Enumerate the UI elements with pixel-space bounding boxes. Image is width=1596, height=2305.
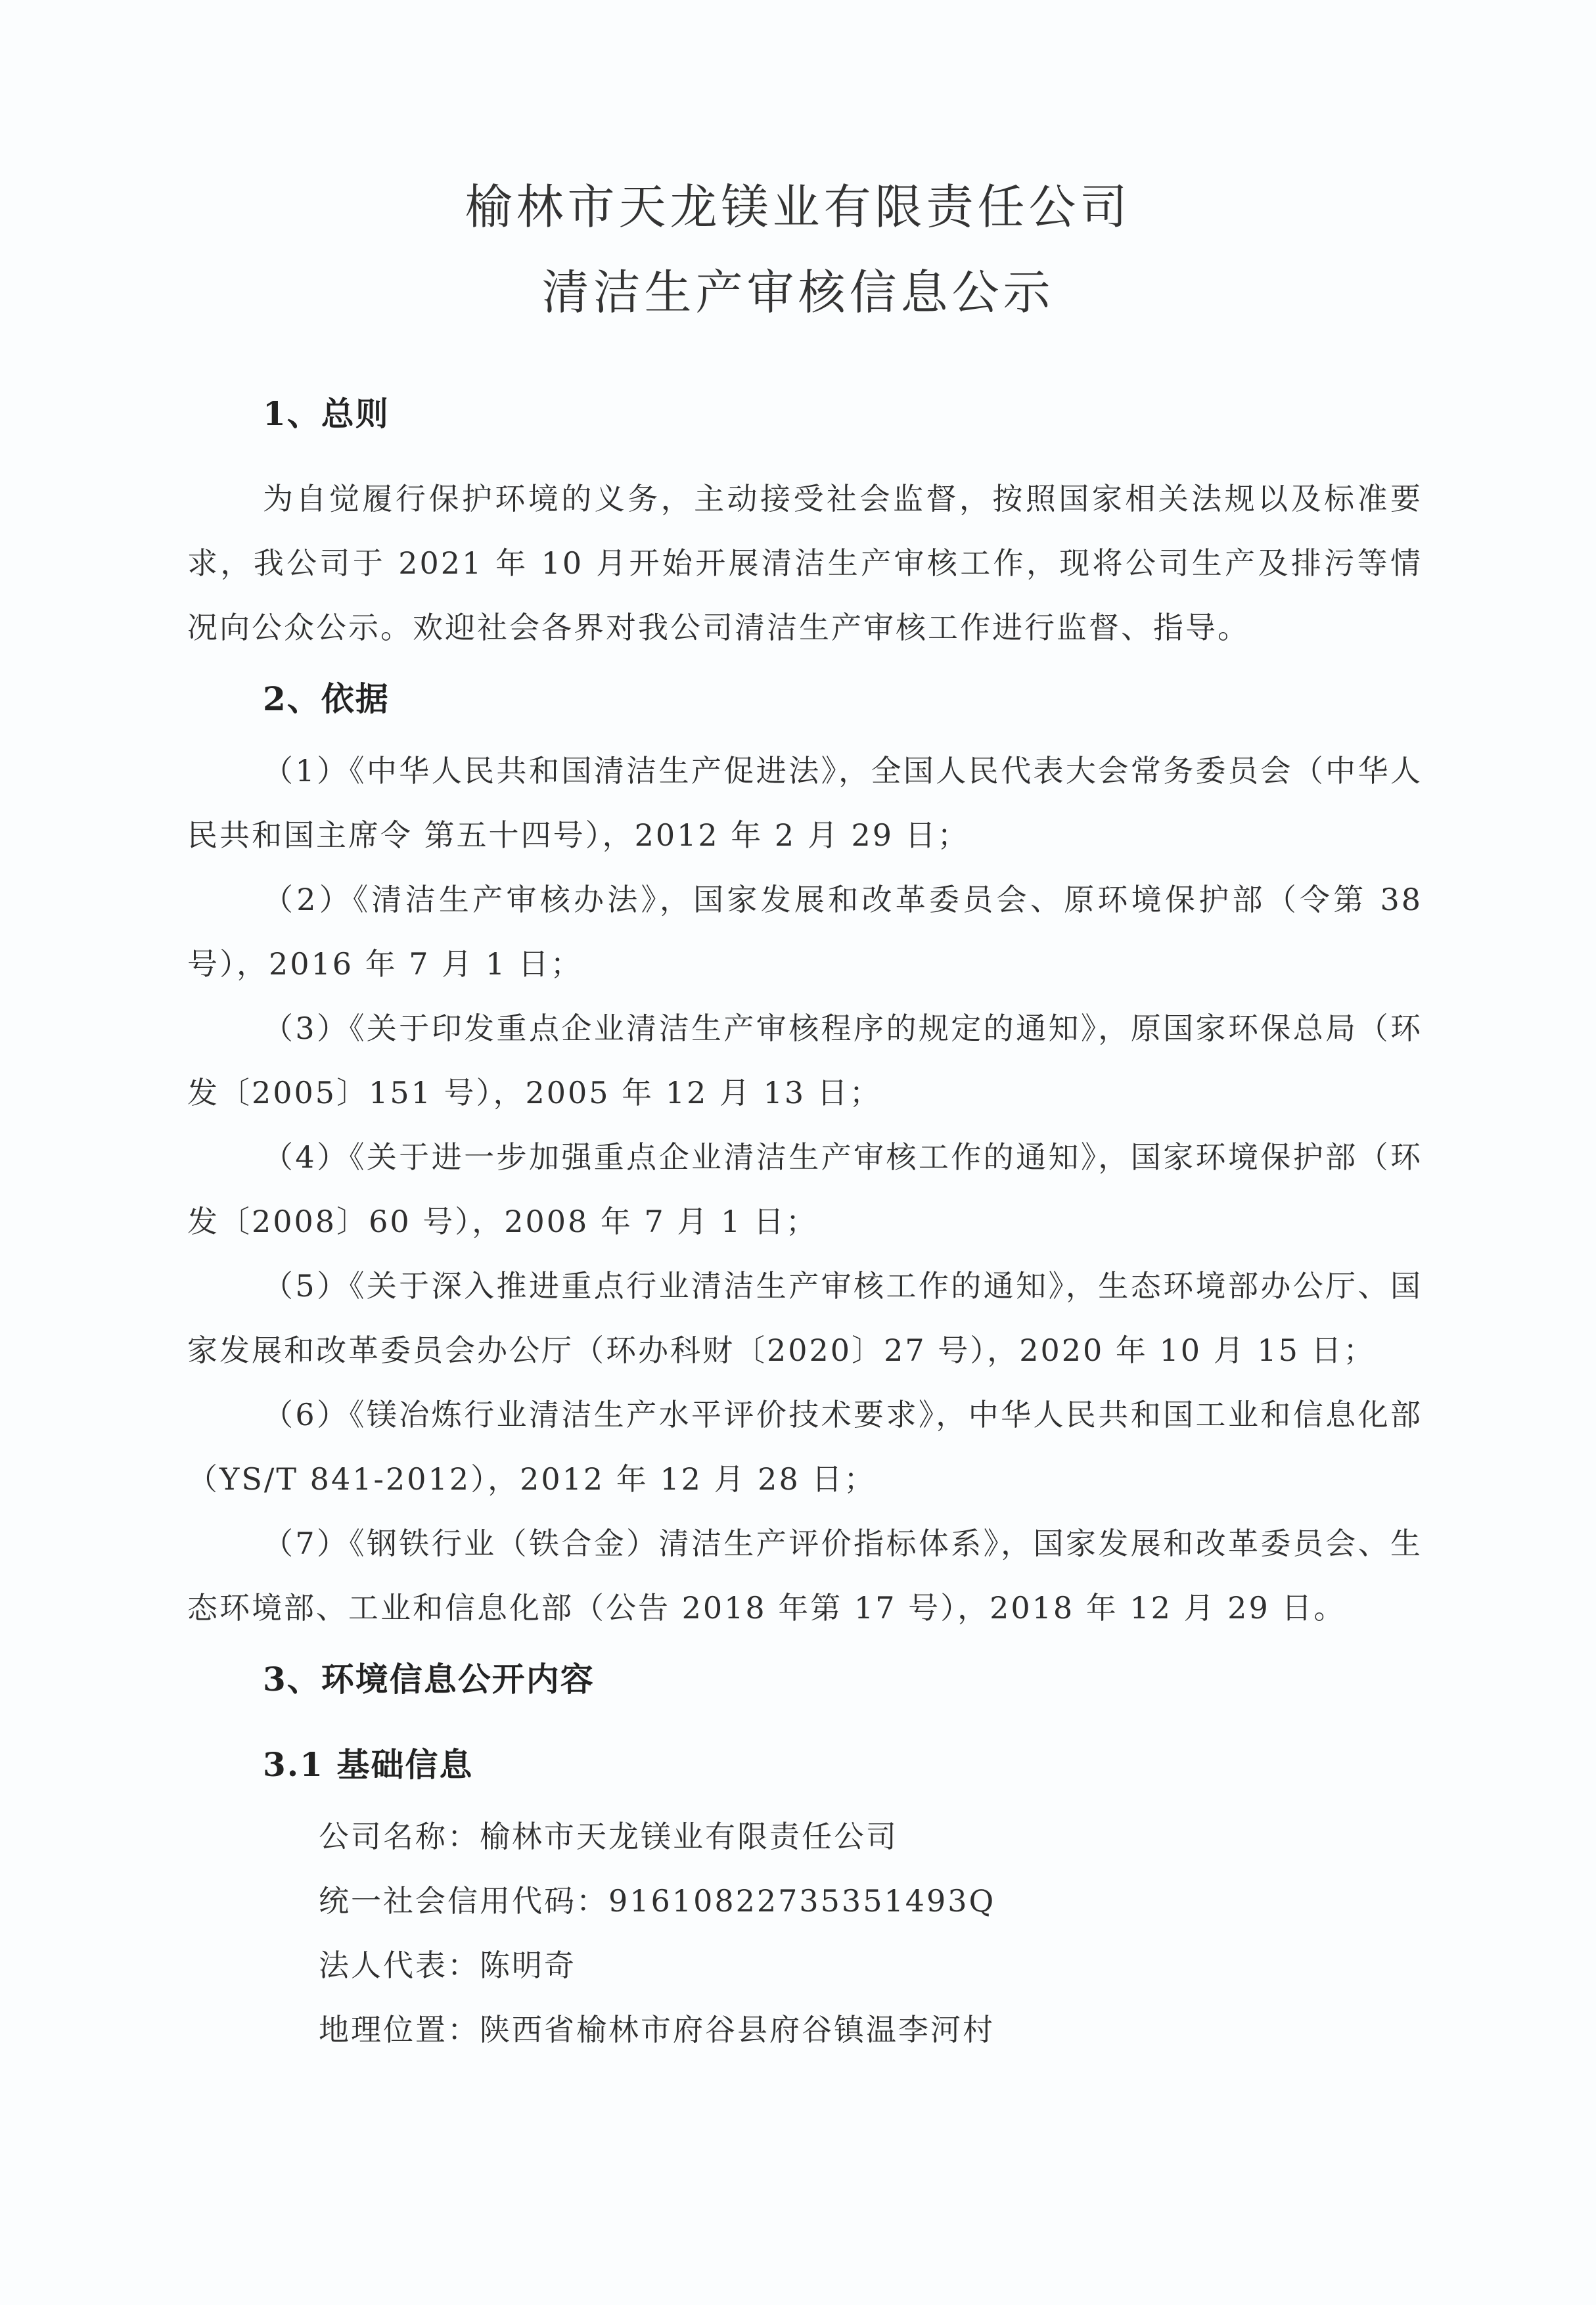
basic-info-list: 公司名称：榆林市天龙镁业有限责任公司 统一社会信用代码：916108227353… bbox=[187, 1804, 1423, 2062]
info-label: 公司名称： bbox=[319, 1819, 480, 1854]
basis-list: （1）《中华人民共和国清洁生产促进法》，全国人民代表大会常务委员会（中华人民共和… bbox=[187, 739, 1423, 1640]
info-legal-representative: 法人代表：陈明奇 bbox=[187, 1933, 1423, 1997]
info-label: 法人代表： bbox=[319, 1948, 480, 1983]
section-heading-disclosure: 3、环境信息公开内容 bbox=[187, 1660, 1423, 1699]
basis-item-1: （1）《中华人民共和国清洁生产促进法》，全国人民代表大会常务委员会（中华人民共和… bbox=[187, 739, 1423, 867]
subsection-heading-basic-info: 3.1 基础信息 bbox=[187, 1745, 1423, 1785]
general-paragraph: 为自觉履行保护环境的义务，主动接受社会监督，按照国家相关法规以及标准要求，我公司… bbox=[187, 467, 1423, 660]
info-value: 陈明奇 bbox=[480, 1948, 576, 1983]
info-company-name: 公司名称：榆林市天龙镁业有限责任公司 bbox=[187, 1804, 1423, 1869]
info-location: 地理位置：陕西省榆林市府谷县府谷镇温李河村 bbox=[187, 1997, 1423, 2062]
document-page: 榆林市天龙镁业有限责任公司 清洁生产审核信息公示 1、总则 为自觉履行保护环境的… bbox=[0, 0, 1596, 2305]
info-label: 地理位置： bbox=[319, 2012, 480, 2047]
info-value: 91610822735351493Q bbox=[608, 1883, 995, 1919]
document-title-subject: 清洁生产审核信息公示 bbox=[0, 263, 1596, 322]
document-body: 1、总则 为自觉履行保护环境的义务，主动接受社会监督，按照国家相关法规以及标准要… bbox=[187, 394, 1423, 2062]
basis-item-4: （4）《关于进一步加强重点企业清洁生产审核工作的通知》，国家环境保护部（环发〔2… bbox=[187, 1125, 1423, 1254]
basis-item-2: （2）《清洁生产审核办法》，国家发展和改革委员会、原环境保护部（令第 38 号）… bbox=[187, 867, 1423, 996]
basis-item-5: （5）《关于深入推进重点行业清洁生产审核工作的通知》，生态环境部办公厅、国家发展… bbox=[187, 1254, 1423, 1382]
document-title-company: 榆林市天龙镁业有限责任公司 bbox=[0, 177, 1596, 237]
info-value: 榆林市天龙镁业有限责任公司 bbox=[480, 1819, 898, 1854]
info-label: 统一社会信用代码： bbox=[319, 1883, 608, 1919]
info-value: 陕西省榆林市府谷县府谷镇温李河村 bbox=[480, 2012, 995, 2047]
info-credit-code: 统一社会信用代码：91610822735351493Q bbox=[187, 1869, 1423, 1933]
basis-item-7: （7）《钢铁行业（铁合金）清洁生产评价指标体系》，国家发展和改革委员会、生态环境… bbox=[187, 1511, 1423, 1640]
basis-item-6: （6）《镁冶炼行业清洁生产水平评价技术要求》，中华人民共和国工业和信息化部（YS… bbox=[187, 1382, 1423, 1511]
section-heading-general: 1、总则 bbox=[187, 394, 1423, 434]
basis-item-3: （3）《关于印发重点企业清洁生产审核程序的规定的通知》，原国家环保总局（环发〔2… bbox=[187, 996, 1423, 1125]
section-heading-basis: 2、依据 bbox=[187, 679, 1423, 719]
